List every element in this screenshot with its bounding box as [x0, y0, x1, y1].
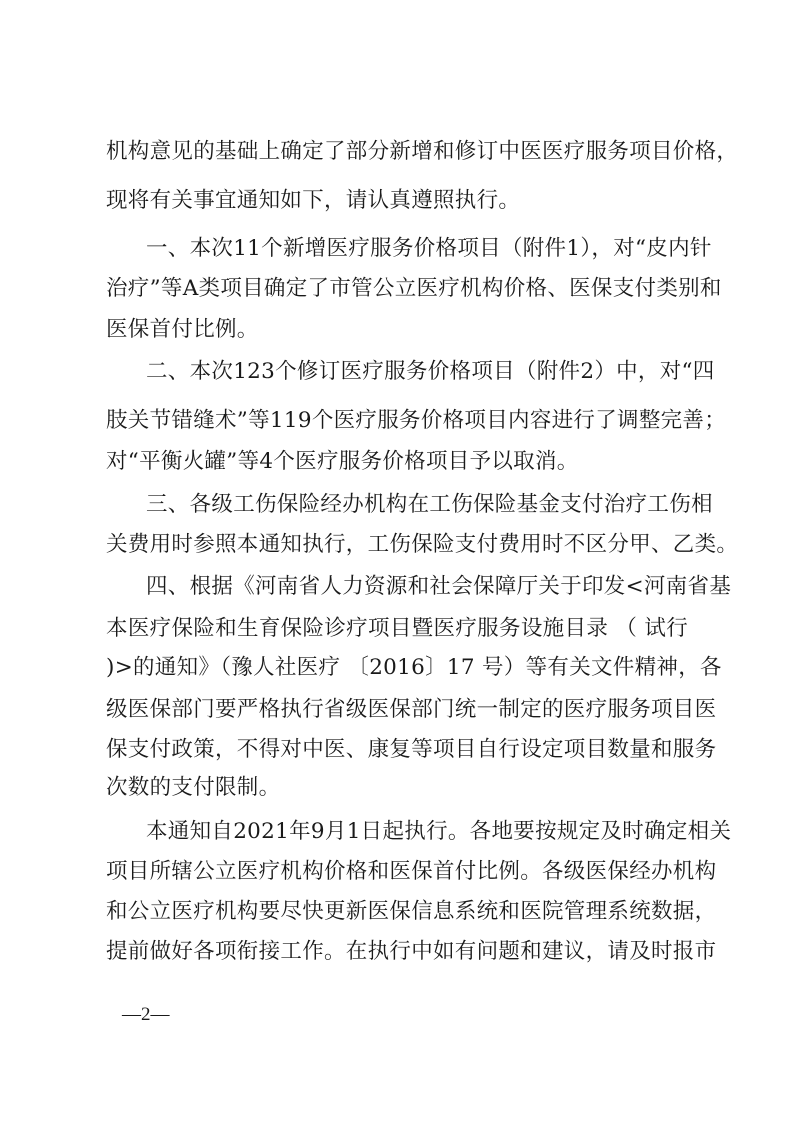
body-line-1: 机构意见的基础上确定了部分新增和修订中医医疗服务项目价格， [106, 138, 688, 166]
paragraph-4-line-1: 四、根据《河南省人力资源和社会保障厅关于印发<河南省基 [146, 573, 688, 601]
paragraph-5-line-4: 提前做好各项衔接工作。在执行中如有问题和建议，请及时报市 [106, 938, 688, 966]
paragraph-4-line-3: )>的通知》（豫人社医疗 〔2016〕17 号）等有关文件精神，各 [106, 654, 688, 682]
paragraph-1-line-1: 一、本次11个新增医疗服务价格项目（附件1），对“皮内针 [146, 235, 688, 263]
paragraph-4-line-5: 保支付政策，不得对中医、康复等项目自行设定项目数量和服务 [106, 736, 688, 764]
paragraph-5-line-1: 本通知自2021年9月1日起执行。各地要按规定及时确定相关 [146, 818, 688, 846]
paragraph-2-line-3: 对“平衡火罐”等4个医疗服务价格项目予以取消。 [106, 448, 688, 476]
page-number: —2— [122, 1003, 170, 1027]
paragraph-4-line-2: 本医疗保险和生育保险诊疗项目暨医疗服务设施目录 （ 试行 [106, 615, 688, 643]
paragraph-5-line-3: 和公立医疗机构要尽快更新医保信息系统和医院管理系统数据， [106, 898, 688, 926]
document-page: 机构意见的基础上确定了部分新增和修订中医医疗服务项目价格， 现将有关事宜通知如下… [0, 0, 793, 1122]
paragraph-3-line-1: 三、各级工伤保险经办机构在工伤保险基金支付治疗工伤相 [146, 491, 688, 519]
paragraph-1-line-3: 医保首付比例。 [106, 316, 688, 344]
paragraph-2-line-2: 肢关节错缝术”等119个医疗服务价格项目内容进行了调整完善； [106, 407, 688, 435]
paragraph-2-line-1: 二、本次123个修订医疗服务价格项目（附件2）中，对“四 [146, 358, 688, 386]
paragraph-4-line-6: 次数的支付限制。 [106, 774, 688, 802]
body-line-2: 现将有关事宜通知如下，请认真遵照执行。 [106, 187, 688, 215]
paragraph-5-line-2: 项目所辖公立医疗机构价格和医保首付比例。各级医保经办机构 [106, 858, 688, 886]
paragraph-4-line-4: 级医保部门要严格执行省级医保部门统一制定的医疗服务项目医 [106, 696, 688, 724]
paragraph-3-line-2: 关费用时参照本通知执行，工伤保险支付费用时不区分甲、乙类。 [106, 531, 688, 559]
paragraph-1-line-2: 治疗”等A类项目确定了市管公立医疗机构价格、医保支付类别和 [106, 275, 688, 303]
